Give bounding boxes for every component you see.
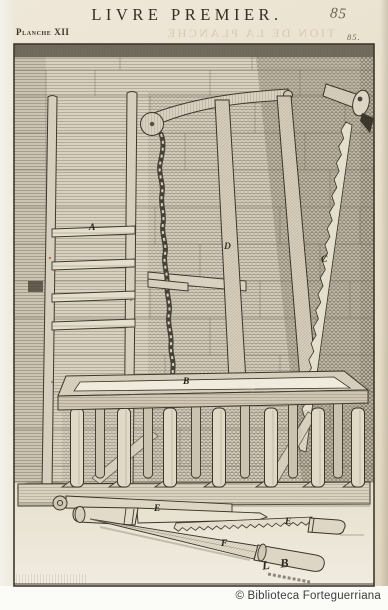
figure-label-hanging-saw: C [321,256,327,266]
engraver-monogram: L B [261,555,293,573]
book-title: LIVRE PREMIER. [14,5,360,25]
plate-label: Planche XII [16,27,70,37]
ghost-showthrough-text: TION DE LA PLANCHE [140,26,360,41]
figure-label-knife-serrated: E [285,518,291,528]
figure-label-knife-left: E [154,505,160,515]
handwritten-page-number: 85 [329,5,347,23]
figure-label-knife-large: F [221,540,227,550]
engraving-plate-illustration [0,0,388,610]
figure-label-frame-saw: D [224,243,231,253]
book-page-scan: TION DE LA PLANCHE LIVRE PREMIER. 85 Pla… [0,0,388,610]
plate-page-number: 85. [347,32,361,42]
trestle [18,371,370,507]
figure-label-trestle: B [183,378,189,388]
library-credit: © Biblioteca Forteguerriana [235,590,381,602]
figure-label-rack: A [89,224,95,234]
